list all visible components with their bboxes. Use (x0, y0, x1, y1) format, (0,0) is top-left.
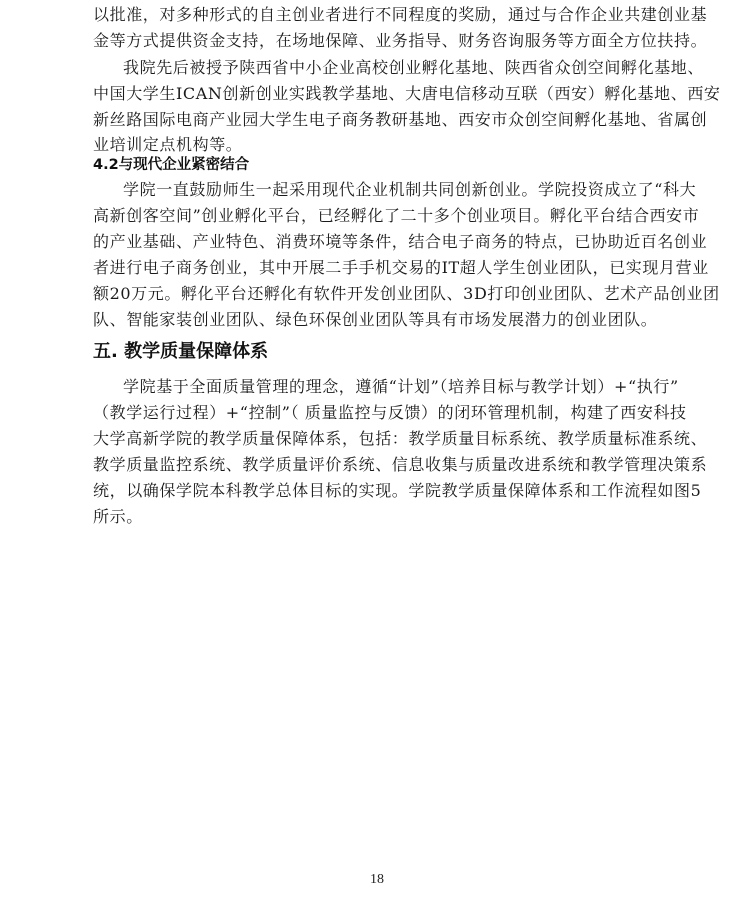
paragraph-line: 金等方式提供资金支持，在场地保障、业务指导、财务咨询服务等方面全方位扶持。 (93, 28, 707, 54)
paragraph-line: 额20万元。孵化平台还孵化有软件开发创业团队、3D打印创业团队、艺术产品创业团 (93, 281, 720, 307)
paragraph-line: 队、智能家装创业团队、绿色环保创业团队等具有市场发展潜力的创业团队。 (93, 307, 657, 333)
paragraph-line: 所示。 (93, 504, 143, 530)
paragraph-line: 以批准，对多种形式的自主创业者进行不同程度的奖励，通过与合作企业共建创业基 (93, 2, 707, 28)
paragraph-line: 统，以确保学院本科教学总体目标的实现。学院教学质量保障体系和工作流程如图5 (93, 478, 701, 504)
paragraph-line: 我院先后被授予陕西省中小企业高校创业孵化基地、陕西省众创空间孵化基地、 (93, 55, 704, 81)
paragraph-line: 学院基于全面质量管理的理念，遵循“计划”（培养目标与教学计划）+“执行” (93, 374, 679, 400)
section-heading-5: 五. 教学质量保障体系 (93, 337, 268, 363)
section-heading-4-2: 4.2与现代企业紧密结合 (93, 153, 249, 174)
paragraph-line: 学院一直鼓励师生一起采用现代企业机制共同创新创业。学院投资成立了“科大 (93, 177, 696, 203)
paragraph-line: 大学高新学院的教学质量保障体系，包括：教学质量目标系统、教学质量标准系统、 (93, 426, 707, 452)
page-number: 18 (0, 872, 754, 888)
paragraph-line: 中国大学生ICAN创新创业实践教学基地、大唐电信移动互联（西安）孵化基地、西安 (93, 81, 721, 107)
paragraph-line: 高新创客空间”创业孵化平台，已经孵化了二十多个创业项目。孵化平台结合西安市 (93, 203, 699, 229)
paragraph-line: 者进行电子商务创业，其中开展二手手机交易的IT超人学生创业团队，已实现月营业 (93, 255, 709, 281)
paragraph-line: 教学质量监控系统、教学质量评价系统、信息收集与质量改进系统和教学管理决策系 (93, 452, 707, 478)
paragraph-line: 新丝路国际电商产业园大学生电子商务教研基地、西安市众创空间孵化基地、省属创 (93, 107, 707, 133)
paragraph-line: 的产业基础、产业特色、消费环境等条件，结合电子商务的特点，已协助近百名创业 (93, 229, 707, 255)
paragraph-line: （教学运行过程）+“控制”（ 质量监控与反馈）的闭环管理机制，构建了西安科技 (93, 400, 687, 426)
